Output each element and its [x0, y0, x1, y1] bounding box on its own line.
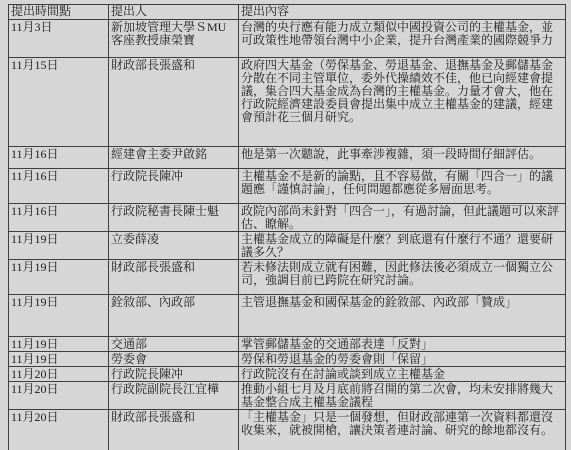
cell-content: 政院內部尚未針對「四合一」，有過討論，但此議題可以來評估、瞭解。 [239, 204, 566, 232]
cell-content: 掌管郵儲基金的交通部表達「反對」 [239, 337, 566, 352]
cell-content: 勞保和勞退基金的勞委會則「保留」 [239, 352, 566, 367]
cell-content: 行政院沒有在討論或談到成立主權基金 [239, 367, 566, 382]
cell-content: 台灣的央行應有能力成立類似中國投資公司的主權基金，並可政策性地帶領台灣中小企業，… [239, 20, 566, 58]
cell-time: 11月15日 [9, 58, 109, 147]
cell-time: 11月19日 [9, 337, 109, 352]
cell-content: 他是第一次聽說，此事牽涉複雜，須一段時間仔細評估。 [239, 147, 566, 169]
cell-time: 11月19日 [9, 295, 109, 337]
cell-time: 11月16日 [9, 147, 109, 169]
sovereign-fund-proposal-table: 提出時間點 提出人 提出內容 11月3日新加坡管理大學ＳMU客座教授康榮寶台灣的… [8, 4, 566, 450]
table-row: 11月16日行政院長陳冲主權基金不是新的論點，且不容易做，有關「四合一」的議題應… [9, 169, 566, 204]
table-row: 11月19日交通部掌管郵儲基金的交通部表達「反對」 [9, 337, 566, 352]
cell-proposer: 財政部長張盛和 [109, 260, 239, 295]
cell-content: 政府四大基金（勞保基金、勞退基金、退撫基金及郵儲基金分散在不同主管單位，委外代操… [239, 58, 566, 147]
cell-proposer: 銓敘部、內政部 [109, 295, 239, 337]
cell-proposer: 行政院長陳冲 [109, 367, 239, 382]
cell-proposer: 行政院秘書長陳士魁 [109, 204, 239, 232]
cell-time: 11月16日 [9, 169, 109, 204]
table-row: 11月20日行政院副院長江宜樺推動小組七月及月底前將召開的第二次會，均未安排將幾… [9, 382, 566, 410]
cell-time: 11月16日 [9, 204, 109, 232]
table-row: 11月20日財政部長張盛和「主權基金」只是一個發想，但財政部連第一次資料都還沒收… [9, 410, 566, 450]
table-row: 11月3日新加坡管理大學ＳMU客座教授康榮寶台灣的央行應有能力成立類似中國投資公… [9, 20, 566, 58]
cell-time: 11月20日 [9, 367, 109, 382]
cell-proposer: 新加坡管理大學ＳMU客座教授康榮寶 [109, 20, 239, 58]
cell-proposer: 財政部長張盛和 [109, 410, 239, 450]
cell-content: 若未修法則成立就有困難，因此修法後必須成立一個獨立公司，強調目前已跨院在研究討論… [239, 260, 566, 295]
column-header-proposer: 提出人 [109, 5, 239, 20]
table-row: 11月16日行政院秘書長陳士魁政院內部尚未針對「四合一」，有過討論，但此議題可以… [9, 204, 566, 232]
table-row: 11月15日財政部長張盛和政府四大基金（勞保基金、勞退基金、退撫基金及郵儲基金分… [9, 58, 566, 147]
table-row: 11月19日立委薛凌主權基金成立的障礙是什麼？到底還有什麼行不通？還要研議多久？ [9, 232, 566, 260]
column-header-content: 提出內容 [239, 5, 566, 20]
cell-content: 「主權基金」只是一個發想，但財政部連第一次資料都還沒收集來，就被開槍，讓決策者連… [239, 410, 566, 450]
cell-proposer: 行政院副院長江宜樺 [109, 382, 239, 410]
cell-proposer: 交通部 [109, 337, 239, 352]
table-row: 11月20日行政院長陳冲行政院沒有在討論或談到成立主權基金 [9, 367, 566, 382]
table-row: 11月19日財政部長張盛和若未修法則成立就有困難，因此修法後必須成立一個獨立公司… [9, 260, 566, 295]
cell-time: 11月19日 [9, 232, 109, 260]
cell-proposer: 立委薛凌 [109, 232, 239, 260]
column-header-time: 提出時間點 [9, 5, 109, 20]
cell-content: 主權基金不是新的論點，且不容易做，有關「四合一」的議題應「謹慎討論」，任何問題都… [239, 169, 566, 204]
page-canvas: 提出時間點 提出人 提出內容 11月3日新加坡管理大學ＳMU客座教授康榮寶台灣的… [0, 0, 571, 450]
cell-proposer: 勞委會 [109, 352, 239, 367]
table-row: 11月16日經建會主委尹啟銘他是第一次聽說，此事牽涉複雜，須一段時間仔細評估。 [9, 147, 566, 169]
table-row: 11月19日勞委會勞保和勞退基金的勞委會則「保留」 [9, 352, 566, 367]
cell-proposer: 行政院長陳冲 [109, 169, 239, 204]
cell-time: 11月19日 [9, 260, 109, 295]
cell-content: 推動小組七月及月底前將召開的第二次會，均未安排將幾大基金整合成主權基金議程 [239, 382, 566, 410]
cell-time: 11月19日 [9, 352, 109, 367]
cell-time: 11月3日 [9, 20, 109, 58]
cell-proposer: 財政部長張盛和 [109, 58, 239, 147]
table-row: 11月19日銓敘部、內政部主管退撫基金和國保基金的銓敘部、內政部「贊成」 [9, 295, 566, 337]
cell-proposer: 經建會主委尹啟銘 [109, 147, 239, 169]
cell-content: 主權基金成立的障礙是什麼？到底還有什麼行不通？還要研議多久？ [239, 232, 566, 260]
cell-time: 11月20日 [9, 382, 109, 410]
cell-time: 11月20日 [9, 410, 109, 450]
cell-content: 主管退撫基金和國保基金的銓敘部、內政部「贊成」 [239, 295, 566, 337]
table-header-row: 提出時間點 提出人 提出內容 [9, 5, 566, 20]
